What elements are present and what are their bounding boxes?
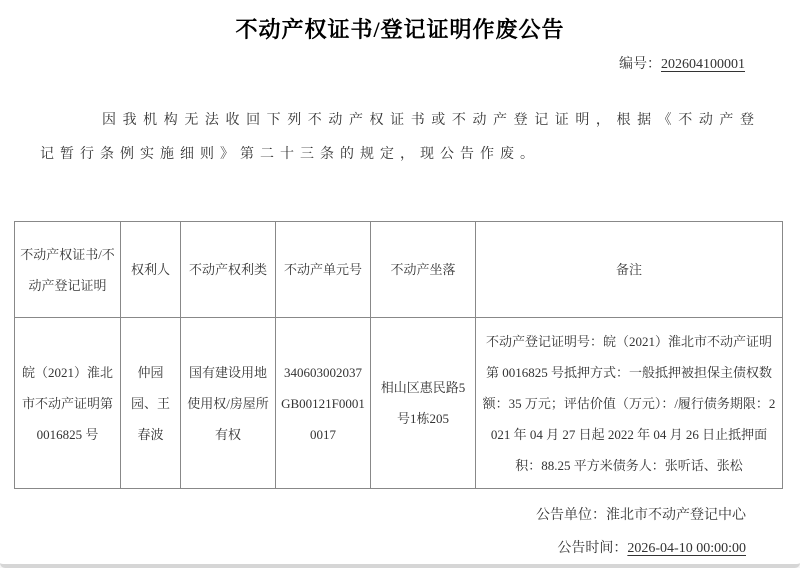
cell-remark: 不动产登记证明号：皖（2021）淮北市不动产证明第 0016825 号抵押方式：… <box>476 318 783 489</box>
col-header-unit-number: 不动产单元号 <box>276 222 371 318</box>
announcement-unit-label: 公告单位： <box>536 508 606 523</box>
notice-number-label: 编号： <box>619 57 661 72</box>
notice-number-value: 202604100001 <box>661 57 745 72</box>
table-header-row: 不动产权证书/不动产登记证明 权利人 不动产权利类 不动产单元号 不动产坐落 备… <box>15 222 783 318</box>
cell-unit-number: 340603002037GB00121F00010017 <box>276 318 371 489</box>
cell-right-type: 国有建设用地使用权/房屋所有权 <box>181 318 276 489</box>
col-header-remark: 备注 <box>476 222 783 318</box>
page-title: 不动产权证书/登记证明作废公告 <box>0 0 800 44</box>
certificates-table: 不动产权证书/不动产登记证明 权利人 不动产权利类 不动产单元号 不动产坐落 备… <box>14 221 783 489</box>
cell-holder: 仲园园、王春波 <box>121 318 181 489</box>
announcement-time-value: 2026-04-10 00:00:00 <box>627 541 746 556</box>
notice-paragraph: 因我机构无法收回下列不动产权证书或不动产登记证明，根据《不动产登记暂行条例实施细… <box>40 104 760 172</box>
notice-number: 编号：202604100001 <box>0 53 800 73</box>
announcement-unit-value: 淮北市不动产登记中心 <box>606 508 746 523</box>
cell-certificate: 皖（2021）淮北市不动产证明第 0016825 号 <box>15 318 121 489</box>
cell-location: 相山区惠民路5号1栋205 <box>371 318 476 489</box>
announcement-time-label: 公告时间： <box>557 541 627 556</box>
col-header-certificate: 不动产权证书/不动产登记证明 <box>15 222 121 318</box>
col-header-holder: 权利人 <box>121 222 181 318</box>
announcement-unit: 公告单位：淮北市不动产登记中心 <box>0 499 746 532</box>
col-header-right-type: 不动产权利类 <box>181 222 276 318</box>
announcement-time: 公告时间：2026-04-10 00:00:00 <box>0 532 746 565</box>
col-header-location: 不动产坐落 <box>371 222 476 318</box>
invalidation-notice-document: 不动产权证书/登记证明作废公告 编号：202604100001 因我机构无法收回… <box>0 0 800 568</box>
notice-footer: 公告单位：淮北市不动产登记中心 公告时间：2026-04-10 00:00:00 <box>0 499 800 565</box>
table-row: 皖（2021）淮北市不动产证明第 0016825 号 仲园园、王春波 国有建设用… <box>15 318 783 489</box>
